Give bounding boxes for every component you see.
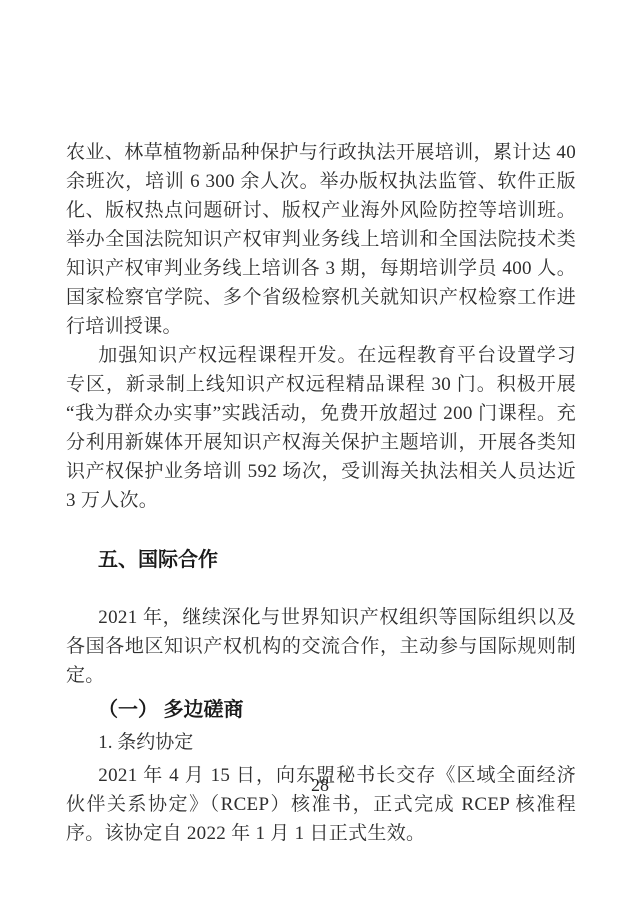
- page-footer: 28: [0, 772, 640, 798]
- subsection-heading-multilateral-consultation: （一） 多边磋商: [66, 696, 576, 725]
- paragraph-international-overview: 2021 年，继续深化与世界知识产权组织等国际组织以及各国各地区知识产权机构的交…: [66, 603, 576, 690]
- item-heading-treaty-agreements: 1. 条约协定: [66, 728, 576, 757]
- document-page: 农业、林草植物新品种保护与行政执法开展培训，累计达 40 余班次，培训 6 30…: [0, 0, 640, 900]
- paragraph-training-continuation: 农业、林草植物新品种保护与行政执法开展培训，累计达 40 余班次，培训 6 30…: [66, 138, 576, 341]
- page-content: 农业、林草植物新品种保护与行政执法开展培训，累计达 40 余班次，培训 6 30…: [66, 138, 576, 848]
- page-number: 28: [311, 775, 329, 795]
- section-heading-international-cooperation: 五、国际合作: [66, 546, 576, 575]
- paragraph-remote-courses: 加强知识产权远程课程开发。在远程教育平台设置学习专区，新录制上线知识产权远程精品…: [66, 341, 576, 515]
